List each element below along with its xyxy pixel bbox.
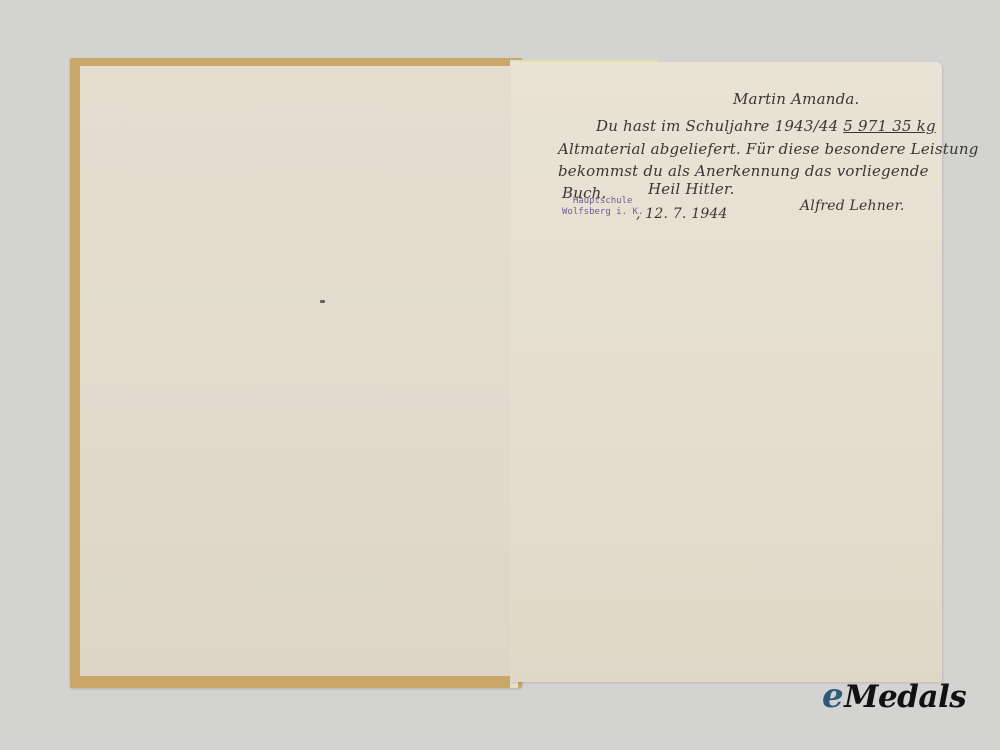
watermark-text: Medals [844,679,966,715]
recipient-name: Martin Amanda. [733,90,860,108]
inscription-line-3: bekommst du als Anerkennung das vorliege… [558,162,929,180]
stamp-date: , 12. 7. 1944 [636,206,728,222]
right-page: Martin Amanda. Du hast im Schuljahre 194… [510,62,942,682]
school-stamp: Hauptschule Wolfsberg i. K. [562,196,643,218]
inscription-line-1-text: Du hast im Schuljahre 1943/44 [596,117,838,135]
paper-fleck [320,300,325,303]
stamp-line-2: Wolfsberg i. K. [562,207,643,218]
signature: Alfred Lehner. [800,198,904,214]
watermark-prefix: e [822,676,843,716]
inscription-line-2: Altmaterial abgeliefert. Für diese beson… [558,140,979,158]
stamp-line-1: Hauptschule [562,196,643,207]
left-endpaper [80,66,510,676]
inscription-amount: 5 971 35 kg [843,117,935,135]
emedals-watermark: eMedals [822,676,966,716]
inscription-line-1: Du hast im Schuljahre 1943/44 5 971 35 k… [596,117,936,135]
salutation: Heil Hitler. [648,180,735,198]
